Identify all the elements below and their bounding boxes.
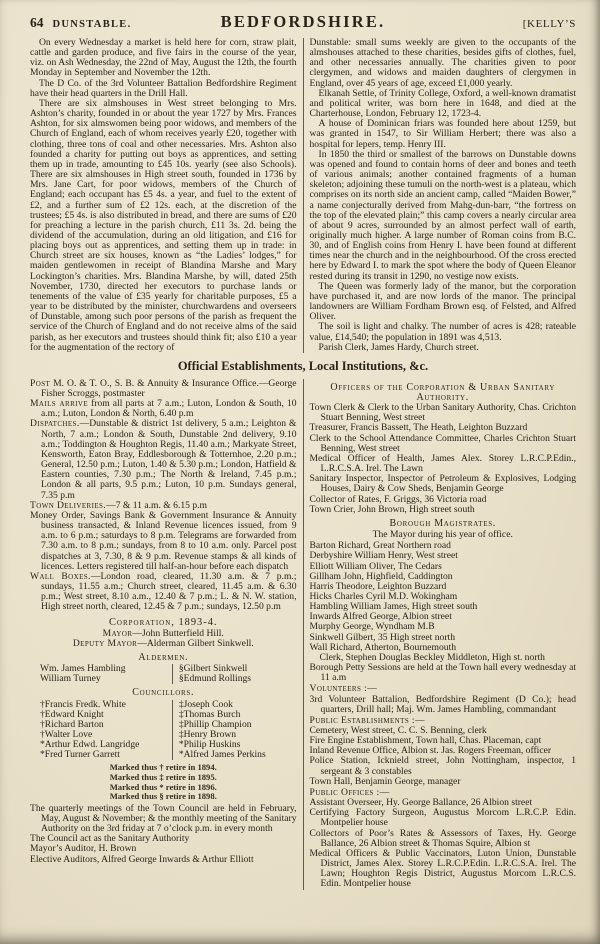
petty-sessions-note: Borough Petty Sessions are held at the T… (310, 663, 577, 683)
group-entry: Town Hall, Benjamin George, manager (310, 777, 577, 787)
group-entry: Collectors of Poor’s Rates & Assessors o… (310, 829, 577, 849)
official-left-column: Post M. O. & T. O., S. B. & Annuity & In… (30, 379, 304, 890)
magistrates-subheading: The Mayor during his year of office. (310, 530, 577, 540)
place-name: DUNSTABLE. (53, 19, 132, 30)
paragraph: A house of Dominican friars was founded … (310, 119, 577, 149)
group-entry: Police Station, Icknield street, John No… (310, 756, 577, 776)
page-number: 64 (30, 15, 44, 31)
top-left-column: On every Wednesday a market is held here… (30, 38, 304, 353)
list-item: William Turney (40, 674, 172, 684)
entry-lead: Wall Boxes. (30, 571, 91, 582)
list-item: *Alfred James Perkins (179, 750, 297, 760)
group-entry: 3rd Volunteer Battalion, Bedfordshire Re… (310, 695, 577, 715)
authority-heading: Officers of the Corporation & Urban Sani… (310, 383, 577, 403)
aldermen-list: Wm. James HamblingWilliam Turney§Gilbert… (30, 664, 297, 684)
list-item: *Fred Turner Garrett (40, 750, 172, 760)
post-entry: Post M. O. & T. O., S. B. & Annuity & In… (30, 379, 297, 399)
officer-entry: Town Clerk & Clerk to the Urban Sanitary… (310, 403, 577, 423)
group-lead: Volunteers :— (310, 683, 378, 694)
group-entry: Medical Officers & Public Vaccinators, L… (310, 849, 577, 890)
header-left: 64 DUNSTABLE. (30, 15, 198, 31)
county-title: BEDFORDSHIRE. (198, 12, 408, 32)
top-right-column: Dunstable: small sums weekly are given t… (304, 38, 577, 353)
directory-group: Volunteers :—3rd Volunteer Battalion, Be… (310, 684, 577, 714)
deputy-mayor-label: Deputy Mayor (73, 638, 137, 649)
post-entry: Wall Boxes.—London road, cleared, 11.30 … (30, 572, 297, 613)
entry-lead: Dispatches. (30, 418, 80, 429)
aldermen-list-right: §Gilbert Sinkwell§Edmund Rollings (172, 664, 297, 684)
councillors-list-right: ‡Joseph Cook‡Thomas Burch‡Phillip Champi… (172, 700, 297, 761)
aldermen-list-left: Wm. James HamblingWilliam Turney (30, 664, 172, 684)
top-section: On every Wednesday a market is held here… (30, 38, 576, 353)
directory-page: 64 DUNSTABLE. BEDFORDSHIRE. [KELLY’S On … (0, 0, 600, 944)
paragraph: The D Co. of the 3rd Volunteer Battalion… (30, 79, 297, 99)
paragraph: Parish Clerk, James Hardy, Church street… (310, 343, 577, 353)
official-right-column: Officers of the Corporation & Urban Sani… (304, 379, 577, 890)
magistrates-list: Barton Richard, Great Northern roadDerby… (310, 541, 577, 663)
councillors-heading: Councillors. (30, 688, 297, 698)
group-entry: Certifying Factory Surgeon, Augustus Mor… (310, 808, 577, 828)
paragraph: In 1850 the third or smallest of the bar… (310, 150, 577, 282)
entry-lead: Mails arrive (30, 398, 88, 409)
paragraph: Elkanah Settle, of Trinity College, Oxfo… (310, 89, 577, 119)
list-item: §Edmund Rollings (179, 674, 297, 684)
council-note: The quarterly meetings of the Town Counc… (30, 804, 297, 834)
officer-entry: Medical Officer of Health, James Alex. S… (310, 454, 577, 474)
directory-group: Public Offices :—Assistant Overseer, Hy.… (310, 788, 577, 890)
official-section: Post M. O. & T. O., S. B. & Annuity & In… (30, 379, 576, 890)
publisher-mark: [KELLY’S (408, 18, 576, 30)
entry-lead: Post (30, 378, 50, 389)
aldermen-heading: Aldermen. (30, 653, 297, 663)
paragraph: Dunstable: small sums weekly are given t… (310, 38, 577, 89)
paragraph: The soil is light and chalky. The number… (310, 322, 577, 342)
post-entry: Dispatches.—Dunstable & district 1st del… (30, 419, 297, 500)
paragraph: The Queen was formerly lady of the manor… (310, 282, 577, 323)
retirement-notes: Marked thus † retire in 1894.Marked thus… (30, 763, 297, 801)
post-entry: Mails arrive from all parts at 7 a.m.; L… (30, 399, 297, 419)
magistrates-heading: Borough Magistrates. (310, 519, 577, 529)
officer-entry: Town Crier, John Brown, High street sout… (310, 505, 577, 515)
paragraph: On every Wednesday a market is held here… (30, 38, 297, 79)
directory-group: Public Establishments :—Cemetery, West s… (310, 716, 577, 787)
paragraph: There are six almshouses in West street … (30, 99, 297, 353)
officer-entry: Sanitary Inspector, Inspector of Petrole… (310, 474, 577, 494)
section-heading: Official Establishments, Local Instituti… (30, 359, 576, 374)
officer-entry: Clerk to the School Attendance Committee… (310, 434, 577, 454)
deputy-mayor-line: Deputy Mayor—Alderman Gilbert Sinkwell. (30, 639, 297, 649)
post-entry: Money Order, Savings Bank & Government I… (30, 511, 297, 572)
page-header: 64 DUNSTABLE. BEDFORDSHIRE. [KELLY’S (30, 12, 576, 32)
councillors-list: †Francis Fredk. White†Edward Knight†Rich… (30, 700, 297, 761)
council-note: Elective Auditors, Alfred George Inwards… (30, 855, 297, 865)
retirement-note: Marked thus § retire in 1898. (30, 792, 297, 802)
magistrate-entry: Derbyshire William Henry, West street (310, 551, 577, 561)
group-heading: Volunteers :— (310, 684, 577, 694)
councillors-list-left: †Francis Fredk. White†Edward Knight†Rich… (30, 700, 172, 761)
